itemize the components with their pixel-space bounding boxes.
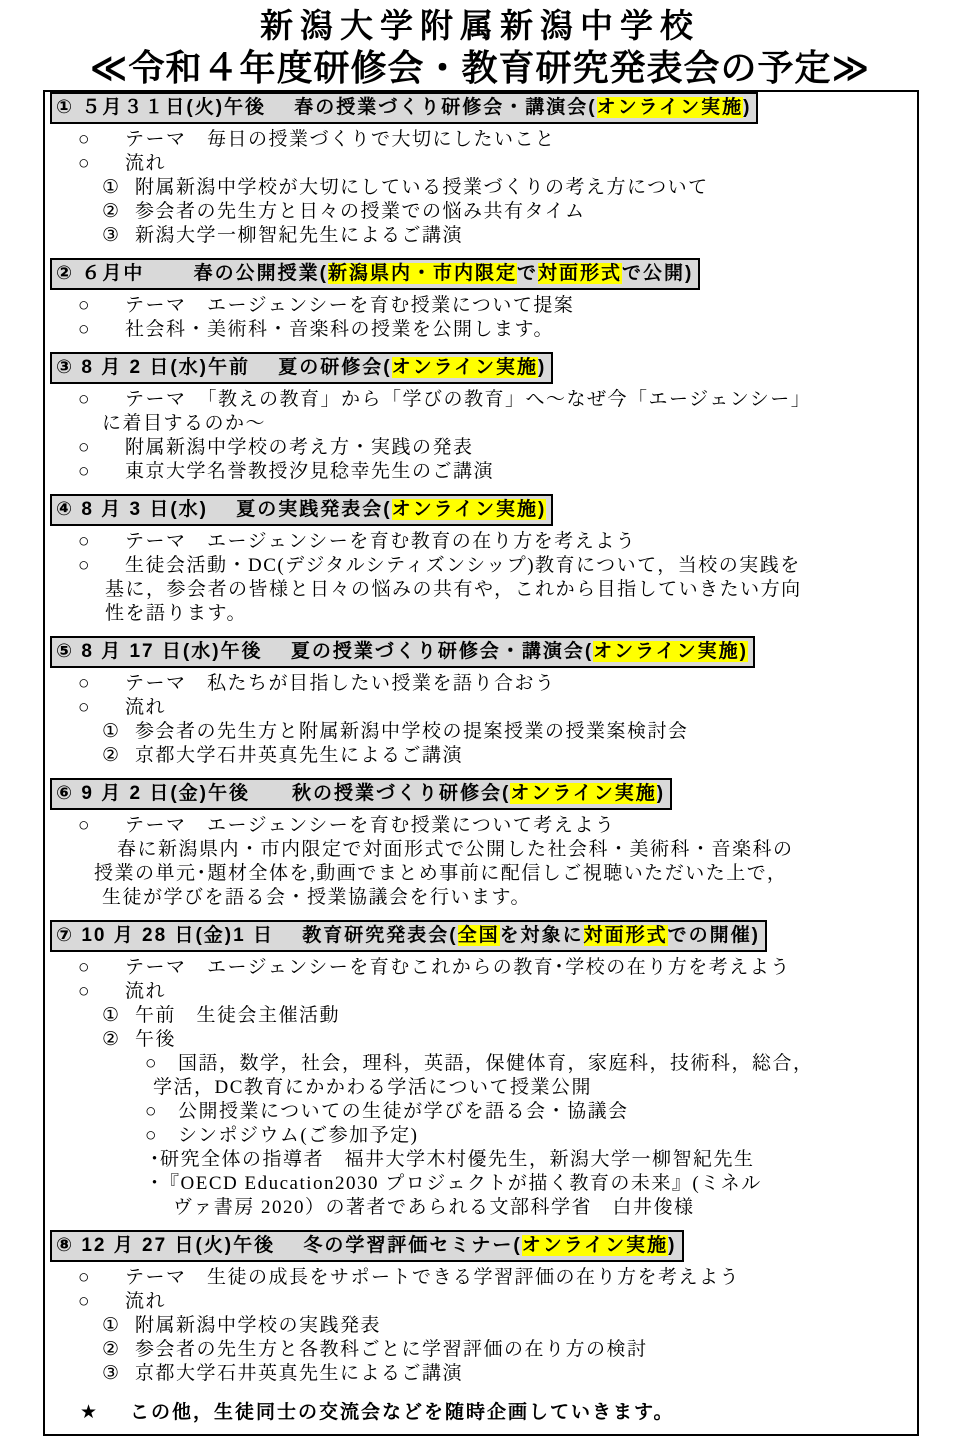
line-text: 『OECD Education2030 プロジェクトが描く教育の未来』(ミネル [160, 1173, 762, 1194]
section-7: ⑦ 10 月 28 日(金)1 日 教育研究発表会(全国を対象に対面形式での開催… [45, 920, 917, 1220]
schedule-line: ○流れ [45, 980, 917, 1004]
line-text: 公開授業についての生徒が学びを語る会・協議会 [178, 1101, 629, 1122]
schedule-line: ○生徒会活動・DC(デジタルシティズンシップ)教育について，当校の実践を [45, 554, 917, 578]
circled-number: ② [102, 1028, 121, 1052]
header-highlight-text: 全国 [458, 925, 500, 946]
schedule-line: ○流れ [45, 152, 917, 176]
schedule-line: ②参会者の先生方と日々の授業での悩み共有タイム [45, 200, 917, 224]
circled-number: ① [102, 1314, 121, 1338]
line-text: 授業の単元･題材全体を,動画でまとめ事前に配信しご視聴いただいた上で， [94, 863, 787, 884]
circle-bullet: ○ [78, 388, 91, 412]
line-text: テーマ 毎日の授業づくりで大切にしたいこと [125, 129, 556, 150]
schedule-line: ○テーマ 生徒の成長をサポートできる学習評価の在り方を考えよう [45, 1266, 917, 1290]
schedule-line: ①午前 生徒会主催活動 [45, 1004, 917, 1028]
circled-number: ② [102, 200, 121, 224]
line-text: 新潟大学一柳智紀先生によるご講演 [135, 225, 463, 246]
section-header-bar: ⑧ 12 月 27 日(火)午後 冬の学習評価セミナー(オンライン実施) [50, 1230, 684, 1262]
schedule-line: ③京都大学石井英真先生によるご講演 [45, 1362, 917, 1386]
section-3: ③ 8 月 2 日(水)午前 夏の研修会(オンライン実施)○テーマ 「教えの教育… [45, 352, 917, 484]
section-8: ⑧ 12 月 27 日(火)午後 冬の学習評価セミナー(オンライン実施)○テーマ… [45, 1230, 917, 1386]
header-text: ⑥ 9 月 2 日(金)午後 秋の授業づくり研修会( [56, 783, 510, 804]
schedule-line: ○テーマ エージェンシーを育むこれからの教育･学校の在り方を考えよう [45, 956, 917, 980]
line-text: 社会科・美術科・音楽科の授業を公開します。 [125, 319, 554, 340]
line-text: 京都大学石井英真先生によるご講演 [135, 1363, 463, 1384]
header-highlight-text: オンライン実施 [392, 357, 538, 378]
schedule-line: ○テーマ 「教えの教育」から「学びの教育」へ～なぜ今「エージェンシー」 [45, 388, 917, 412]
circle-bullet: ○ [78, 530, 91, 554]
header-highlight-text: 対面形式 [538, 263, 622, 284]
header-highlight-text: オンライン実施 [510, 783, 656, 804]
header-highlight-text: オンライン実施) [593, 641, 748, 662]
line-text: 国語，数学，社会，理科，英語，保健体育，家庭科，技術科，総合， [178, 1053, 814, 1074]
schedule-line: ○附属新潟中学校の考え方・実践の発表 [45, 436, 917, 460]
schedule-line: ○シンポジウム(ご参加予定) [45, 1124, 917, 1148]
line-text: 午後 [135, 1029, 176, 1050]
header-text: ③ 8 月 2 日(水)午前 夏の研修会( [56, 357, 392, 378]
header-text: ④ 8 月 3 日(水) 夏の実践発表会( [56, 499, 392, 520]
line-text: 流れ [125, 697, 166, 718]
circle-bullet: ○ [145, 1052, 158, 1076]
header-text: で公開) [622, 263, 693, 284]
section-header-bar: ② ６月中 春の公開授業(新潟県内・市内限定で対面形式で公開) [50, 258, 700, 290]
circled-number: ② [102, 744, 121, 768]
schedule-line: 基に，参会者の皆様と日々の悩みの共有や，これから目指していきたい方向 [45, 578, 917, 602]
line-text: 流れ [125, 981, 166, 1002]
page-title: 新潟大学附属新潟中学校 [0, 6, 960, 46]
circled-number: ① [102, 176, 121, 200]
schedule-line: ○テーマ エージェンシーを育む教育の在り方を考えよう [45, 530, 917, 554]
schedule-line: ②京都大学石井英真先生によるご講演 [45, 744, 917, 768]
schedule-line: ○公開授業についての生徒が学びを語る会・協議会 [45, 1100, 917, 1124]
circle-bullet: ○ [78, 956, 91, 980]
page-header: 新潟大学附属新潟中学校 ≪令和４年度研修会・教育研究発表会の予定≫ [0, 6, 960, 90]
section-header-bar: ③ 8 月 2 日(水)午前 夏の研修会(オンライン実施) [50, 352, 553, 384]
header-text: ⑧ 12 月 27 日(火)午後 冬の学習評価セミナー( [56, 1235, 522, 1256]
circle-bullet: ○ [78, 696, 91, 720]
sections-root: ① ５月３１日(火)午後 春の授業づくり研修会・講演会(オンライン実施)○テーマ… [45, 92, 917, 1386]
line-text: 流れ [125, 153, 166, 174]
line-text: テーマ 私たちが目指したい授業を語り合おう [125, 673, 556, 694]
circle-bullet: ○ [78, 294, 91, 318]
line-text: テーマ エージェンシーを育むこれからの教育･学校の在り方を考えよう [125, 957, 791, 978]
schedule-line: ・研究全体の指導者 福井大学木村優先生，新潟大学一柳智紀先生 [45, 1148, 917, 1172]
header-text: ⑦ 10 月 28 日(金)1 日 教育研究発表会( [56, 925, 458, 946]
line-text: 附属新潟中学校の実践発表 [135, 1315, 381, 1336]
schedule-line: 授業の単元･題材全体を,動画でまとめ事前に配信しご視聴いただいた上で， [45, 862, 917, 886]
line-text: 附属新潟中学校の考え方・実践の発表 [125, 437, 474, 458]
schedule-line: ○テーマ エージェンシーを育む授業について考えよう [45, 814, 917, 838]
schedule-line: 春に新潟県内・市内限定で対面形式で公開した社会科・美術科・音楽科の [45, 838, 917, 862]
line-text: 学活，DC教育にかかわる学活について授業公開 [153, 1077, 592, 1098]
section-2: ② ６月中 春の公開授業(新潟県内・市内限定で対面形式で公開)○テーマ エージェ… [45, 258, 917, 342]
circle-bullet: ○ [145, 1124, 158, 1148]
header-highlight-text: オンライン実施) [392, 499, 547, 520]
circle-bullet: ○ [78, 814, 91, 838]
line-text: に着目するのか～ [102, 413, 266, 434]
header-text: で [517, 263, 538, 284]
dot-bullet: ・ [145, 1148, 166, 1172]
star-bullet: ★ [80, 1400, 99, 1426]
schedule-line: ②参会者の先生方と各教科ごとに学習評価の在り方の検討 [45, 1338, 917, 1362]
line-text: テーマ 「教えの教育」から「学びの教育」へ～なぜ今「エージェンシー」 [125, 389, 811, 410]
line-text: 流れ [125, 1291, 166, 1312]
circle-bullet: ○ [78, 1290, 91, 1314]
schedule-line: ○国語，数学，社会，理科，英語，保健体育，家庭科，技術科，総合， [45, 1052, 917, 1076]
schedule-line: ヴァ書房 2020）の著者であられる文部科学省 白井俊様 [45, 1196, 917, 1220]
schedule-line: に着目するのか～ [45, 412, 917, 436]
dot-bullet: ・ [145, 1172, 166, 1196]
line-text: 参会者の先生方と各教科ごとに学習評価の在り方の検討 [135, 1339, 648, 1360]
schedule-line: ○社会科・美術科・音楽科の授業を公開します。 [45, 318, 917, 342]
header-text: ) [743, 97, 751, 118]
schedule-line: ①参会者の先生方と附属新潟中学校の提案授業の授業案検討会 [45, 720, 917, 744]
header-highlight-text: 対面形式 [584, 925, 668, 946]
line-text: 東京大学名誉教授汐見稔幸先生のご講演 [125, 461, 494, 482]
line-text: 春に新潟県内・市内限定で対面形式で公開した社会科・美術科・音楽科の [117, 839, 794, 860]
header-text: ⑤ 8 月 17 日(水)午後 夏の授業づくり研修会・講演会( [56, 641, 593, 662]
line-text: 生徒会活動・DC(デジタルシティズンシップ)教育について，当校の実践を [125, 555, 801, 576]
header-text: ) [538, 357, 546, 378]
line-text: 研究全体の指導者 福井大学木村優先生，新潟大学一柳智紀先生 [160, 1149, 755, 1170]
schedule-line: 性を語ります。 [45, 602, 917, 626]
circle-bullet: ○ [78, 128, 91, 152]
circled-number: ③ [102, 224, 121, 248]
header-text: ① ５月３１日(火)午後 春の授業づくり研修会・講演会( [56, 97, 597, 118]
line-text: 性を語ります。 [105, 603, 247, 624]
circle-bullet: ○ [78, 554, 91, 578]
schedule-line: 学活，DC教育にかかわる学活について授業公開 [45, 1076, 917, 1100]
section-4: ④ 8 月 3 日(水) 夏の実践発表会(オンライン実施)○テーマ エージェンシ… [45, 494, 917, 626]
footer-note-text: この他，生徒同士の交流会などを随時企画していきます。 [130, 1402, 674, 1423]
header-text: を対象に [500, 925, 584, 946]
schedule-line: ①附属新潟中学校が大切にしている授業づくりの考え方について [45, 176, 917, 200]
section-header-bar: ⑦ 10 月 28 日(金)1 日 教育研究発表会(全国を対象に対面形式での開催… [50, 920, 767, 952]
section-header-bar: ⑥ 9 月 2 日(金)午後 秋の授業づくり研修会(オンライン実施) [50, 778, 672, 810]
section-6: ⑥ 9 月 2 日(金)午後 秋の授業づくり研修会(オンライン実施)○テーマ エ… [45, 778, 917, 910]
line-text: 基に，参会者の皆様と日々の悩みの共有や，これから目指していきたい方向 [105, 579, 802, 600]
header-highlight-text: オンライン実施 [522, 1235, 668, 1256]
page-subtitle: ≪令和４年度研修会・教育研究発表会の予定≫ [0, 46, 960, 90]
line-text: 午前 生徒会主催活動 [135, 1005, 340, 1026]
circled-number: ② [102, 1338, 121, 1362]
section-1: ① ５月３１日(火)午後 春の授業づくり研修会・講演会(オンライン実施)○テーマ… [45, 92, 917, 248]
header-text: ② ６月中 春の公開授業( [56, 263, 328, 284]
circle-bullet: ○ [78, 672, 91, 696]
schedule-line: ①附属新潟中学校の実践発表 [45, 1314, 917, 1338]
header-highlight-text: オンライン実施 [597, 97, 743, 118]
circled-number: ① [102, 1004, 121, 1028]
section-header-bar: ⑤ 8 月 17 日(水)午後 夏の授業づくり研修会・講演会(オンライン実施) [50, 636, 755, 668]
line-text: 京都大学石井英真先生によるご講演 [135, 745, 463, 766]
circled-number: ③ [102, 1362, 121, 1386]
schedule-line: 生徒が学びを語る会・授業協議会を行います。 [45, 886, 917, 910]
schedule-line: ②午後 [45, 1028, 917, 1052]
circle-bullet: ○ [78, 460, 91, 484]
circle-bullet: ○ [145, 1100, 158, 1124]
line-text: テーマ エージェンシーを育む授業について提案 [125, 295, 574, 316]
section-header-bar: ① ５月３１日(火)午後 春の授業づくり研修会・講演会(オンライン実施) [50, 92, 758, 124]
line-text: 参会者の先生方と附属新潟中学校の提案授業の授業案検討会 [135, 721, 689, 742]
circle-bullet: ○ [78, 436, 91, 460]
header-highlight-text: 新潟県内・市内限定 [328, 263, 517, 284]
line-text: テーマ エージェンシーを育む教育の在り方を考えよう [125, 531, 636, 552]
line-text: 附属新潟中学校が大切にしている授業づくりの考え方について [135, 177, 709, 198]
line-text: テーマ 生徒の成長をサポートできる学習評価の在り方を考えよう [125, 1267, 740, 1288]
line-text: 参会者の先生方と日々の授業での悩み共有タイム [135, 201, 586, 222]
header-text: ) [668, 1235, 676, 1256]
schedule-line: ○流れ [45, 1290, 917, 1314]
section-5: ⑤ 8 月 17 日(水)午後 夏の授業づくり研修会・講演会(オンライン実施)○… [45, 636, 917, 768]
circled-number: ① [102, 720, 121, 744]
header-text: ) [657, 783, 665, 804]
schedule-line: ○テーマ 私たちが目指したい授業を語り合おう [45, 672, 917, 696]
line-text: シンポジウム(ご参加予定) [178, 1125, 419, 1146]
line-text: テーマ エージェンシーを育む授業について考えよう [125, 815, 615, 836]
footer-note: ★ この他，生徒同士の交流会などを随時企画していきます。 [45, 1400, 917, 1426]
section-header-bar: ④ 8 月 3 日(水) 夏の実践発表会(オンライン実施) [50, 494, 553, 526]
header-text: での開催) [668, 925, 760, 946]
schedule-line: ○テーマ 毎日の授業づくりで大切にしたいこと [45, 128, 917, 152]
circle-bullet: ○ [78, 152, 91, 176]
circle-bullet: ○ [78, 1266, 91, 1290]
line-text: ヴァ書房 2020）の著者であられる文部科学省 白井俊様 [173, 1197, 695, 1218]
circle-bullet: ○ [78, 980, 91, 1004]
line-text: 生徒が学びを語る会・授業協議会を行います。 [102, 887, 531, 908]
schedule-line: ○テーマ エージェンシーを育む授業について提案 [45, 294, 917, 318]
schedule-line: ○流れ [45, 696, 917, 720]
schedule-document-box: ① ５月３１日(火)午後 春の授業づくり研修会・講演会(オンライン実施)○テーマ… [43, 90, 919, 1436]
schedule-line: ③新潟大学一柳智紀先生によるご講演 [45, 224, 917, 248]
schedule-line: ○東京大学名誉教授汐見稔幸先生のご講演 [45, 460, 917, 484]
circle-bullet: ○ [78, 318, 91, 342]
schedule-line: ・『OECD Education2030 プロジェクトが描く教育の未来』(ミネル [45, 1172, 917, 1196]
